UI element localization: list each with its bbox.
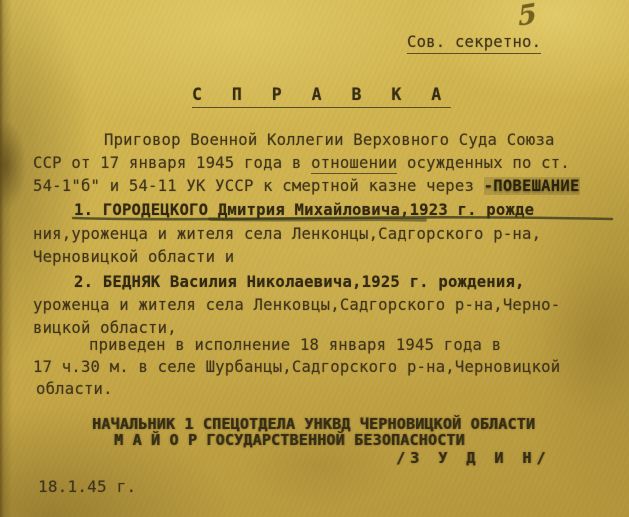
body-line-11: 17 ч.30 м. в селе Шурбанцы,Садгорского р… — [33, 358, 560, 377]
doc-title: С П Р А В К А — [192, 85, 451, 108]
body-line-10: приведен в исполнение 18 января 1945 год… — [89, 336, 501, 355]
body-line-3-pre: 54-1"б" и 54-11 УК УССР к смертной казне… — [33, 177, 484, 195]
classification-stamp: Сов. секретно. — [407, 33, 541, 52]
classification-text: Сов. секретно. — [407, 33, 541, 54]
execution-method-emphasis: -ПОВЕШАНИЕ — [484, 177, 580, 195]
signature-name: /З У Д И Н/ — [396, 449, 550, 468]
pen-underline-mark — [60, 210, 622, 226]
body-line-2-post: осужденных по ст. — [397, 154, 570, 172]
scan-edge-shadow — [0, 0, 12, 517]
body-line-1: Приговор Военной Коллегии Верховного Суд… — [104, 131, 555, 150]
document-scan: 5 Сов. секретно. С П Р А В К А Приговор … — [0, 0, 629, 517]
body-line-6: Черновицкой области и — [33, 248, 234, 267]
body-line-8: уроженца и жителя села Ленковцы,Садгорск… — [33, 296, 560, 315]
paper-stain — [540, 260, 629, 420]
signature-title-line-2: М А Й О Р ГОСУДАРСТВЕННОЙ БЕЗОПАСНОСТИ — [114, 431, 465, 450]
body-line-3: 54-1"б" и 54-11 УК УССР к смертной казне… — [33, 177, 580, 196]
body-line-2-underlined: отношении — [311, 154, 397, 174]
convict-2-line: 2. БЕДНЯК Василия Николаевича,1925 г. ро… — [74, 273, 525, 292]
body-line-2: ССР от 17 января 1945 года в отношении о… — [33, 154, 570, 173]
body-line-2-pre: ССР от 17 января 1945 года в — [33, 154, 311, 172]
handwritten-page-number: 5 — [517, 0, 538, 33]
body-line-12: области. — [36, 380, 113, 399]
body-line-5: ния,уроженца и жителя села Ленконцы,Садг… — [33, 225, 541, 244]
date-line: 18.1.45 г. — [38, 477, 136, 496]
